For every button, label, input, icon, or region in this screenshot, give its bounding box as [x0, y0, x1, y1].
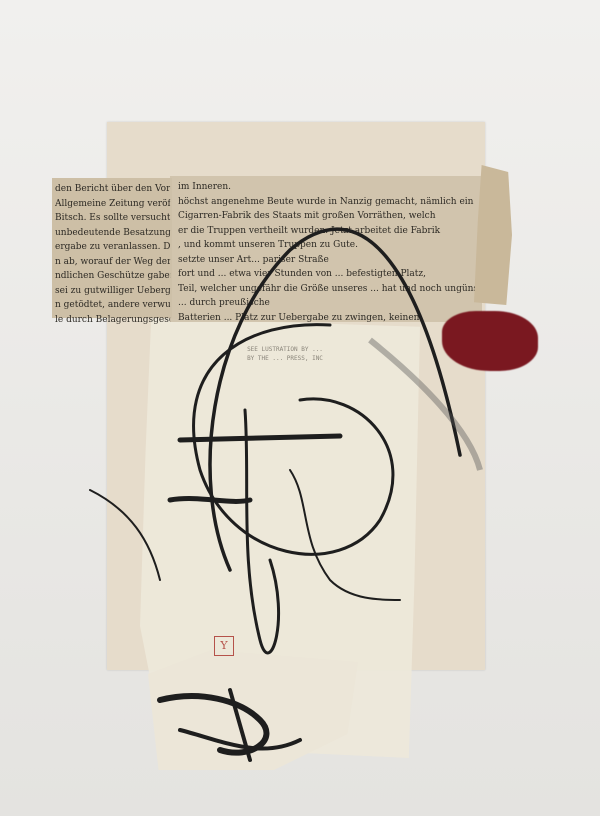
ink-strokes — [0, 0, 600, 816]
